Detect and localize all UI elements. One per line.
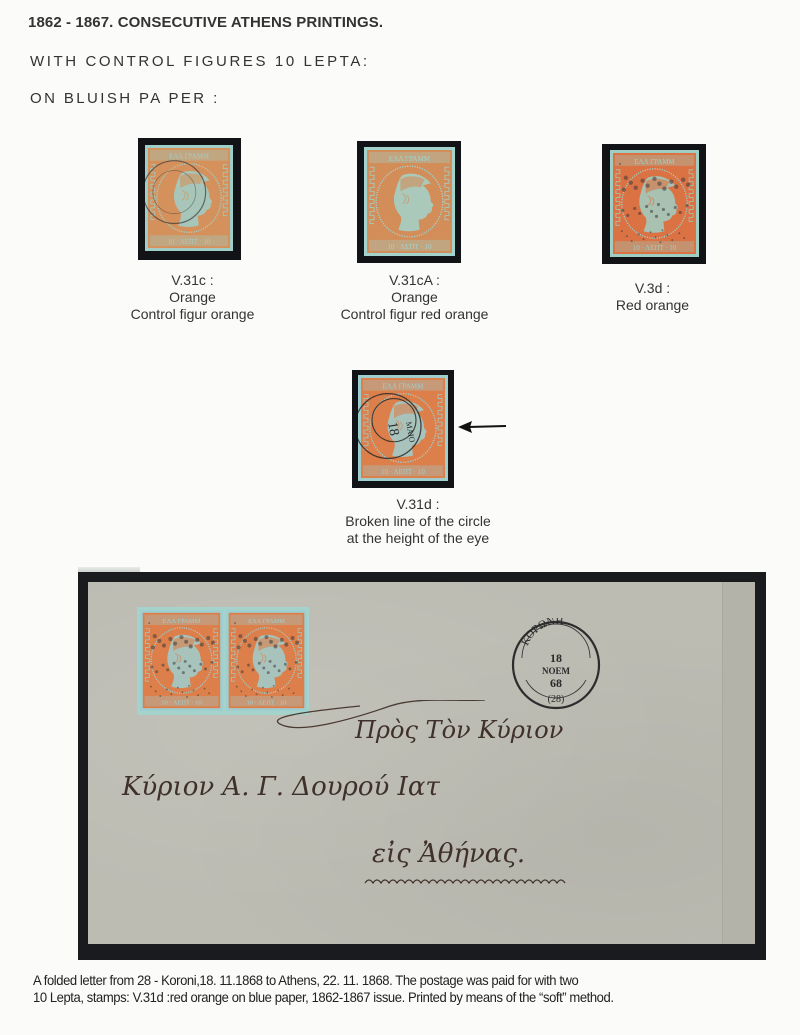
address-line-1: Πρὸς Τὸν Κύριον	[354, 716, 563, 744]
caption-v31d: V.31d : Broken line of the circle at the…	[318, 496, 518, 547]
address-line-3: εἰς Ἀθήνας.	[372, 839, 525, 869]
svg-text:10 · ΛΕΠΤ · 10: 10 · ΛΕΠΤ · 10	[633, 245, 677, 252]
svg-text:ΕΛΛ ΓΡΑΜΜ: ΕΛΛ ΓΡΑΜΜ	[634, 159, 674, 166]
svg-text:ΕΛΛ ΓΡΑΜΜ: ΕΛΛ ΓΡΑΜΜ	[163, 618, 201, 625]
svg-text:ΕΛΛ ΓΡΑΜΜ: ΕΛΛ ΓΡΑΜΜ	[383, 384, 424, 391]
stamp-pair: ΕΛΛ ΓΡΑΜΜ 10 · ΛΕΠΤ · 10 ΕΛΛ ΓΡΑΜΜ 10 · …	[137, 607, 309, 715]
cover-stamp-left: ΕΛΛ ΓΡΑΜΜ 10 · ΛΕΠΤ · 10	[140, 610, 223, 711]
svg-text:18: 18	[384, 421, 401, 437]
arrow-left-icon	[458, 420, 508, 434]
svg-text:18: 18	[550, 651, 562, 665]
stamp-v3d: ΕΛΛ ΓΡΑΜΜ 10 · ΛΕΠΤ · 10	[610, 150, 699, 257]
svg-text:ΚΟΡΩΝΗ: ΚΟΡΩΝΗ	[519, 618, 563, 647]
stamp-v31ca: ΕΛΛ ΓΡΑΜΜ 10 · ΛΕΠΤ · 10	[364, 147, 455, 256]
stamp-id-v3d: V.3d :	[580, 280, 725, 297]
stamp-v31d: ΕΛΛ ΓΡΑΜΜ 10 · ΛΕΠΤ · 10 18 ΜΑΙΟ	[358, 375, 448, 481]
address-line-2: Κύριον Α. Γ. Δουρού Ιατ	[121, 772, 440, 802]
stamp-id-v31d: V.31d :	[318, 496, 518, 513]
stamp-color-v31ca: Orange	[322, 289, 507, 306]
stamp-note-v31c: Control figur orange	[110, 306, 275, 323]
letter-fold-edge	[722, 582, 755, 944]
svg-text:ΕΛΛ ΓΡΑΜΜ: ΕΛΛ ΓΡΑΜΜ	[248, 618, 285, 625]
svg-text:10 · ΛΕΠΤ · 10: 10 · ΛΕΠΤ · 10	[387, 243, 432, 251]
caption-v3d: V.3d : Red orange	[580, 280, 725, 314]
svg-text:10 · ΛΕΠΤ · 10: 10 · ΛΕΠΤ · 10	[168, 239, 211, 246]
stamp-id-v31ca: V.31cA :	[322, 272, 507, 289]
page-subtitle-control-figures: WITH CONTROL FIGURES 10 LEPTA:	[30, 53, 370, 70]
page-title: 1862 - 1867. CONSECUTIVE ATHENS PRINTING…	[28, 14, 383, 31]
stamp-color-v3d: Red orange	[580, 297, 725, 314]
description-line-2: 10 Lepta, stamps: V.31d :red orange on b…	[33, 989, 749, 1006]
handwritten-address: Πρὸς Τὸν Κύριον Κύριον Α. Γ. Δουρού Ιατ …	[100, 700, 720, 900]
stamp-color-v31c: Orange	[110, 289, 275, 306]
stamp-note-v31d-line1: Broken line of the circle	[318, 513, 518, 530]
stamp-note-v31ca: Control figur red orange	[322, 306, 507, 323]
svg-text:ΕΛΛ ΓΡΑΜΜ: ΕΛΛ ΓΡΑΜΜ	[389, 155, 431, 163]
caption-v31c: V.31c : Orange Control figur orange	[110, 272, 275, 323]
stamp-id-v31c: V.31c :	[110, 272, 275, 289]
page-subtitle-paper: ON BLUISH PA PER :	[30, 90, 220, 107]
stamp-note-v31d-line2: at the height of the eye	[318, 530, 518, 547]
cover-description: A folded letter from 28 - Koroni,18. 11.…	[33, 972, 749, 1006]
svg-text:ΕΛΛ ΓΡΑΜΜ: ΕΛΛ ΓΡΑΜΜ	[169, 154, 209, 161]
cover-stamp-right: ΕΛΛ ΓΡΑΜΜ 10 · ΛΕΠΤ · 10	[226, 610, 307, 711]
description-line-1: A folded letter from 28 - Koroni,18. 11.…	[33, 972, 749, 989]
stamp-v31c: ΕΛΛ ΓΡΑΜΜ 10 · ΛΕΠΤ · 10	[145, 145, 233, 251]
svg-text:10 · ΛΕΠΤ · 10: 10 · ΛΕΠΤ · 10	[381, 469, 425, 476]
svg-text:ΝΟΕΜ: ΝΟΕΜ	[542, 666, 571, 676]
svg-text:68: 68	[550, 676, 562, 690]
caption-v31ca: V.31cA : Orange Control figur red orange	[322, 272, 507, 323]
